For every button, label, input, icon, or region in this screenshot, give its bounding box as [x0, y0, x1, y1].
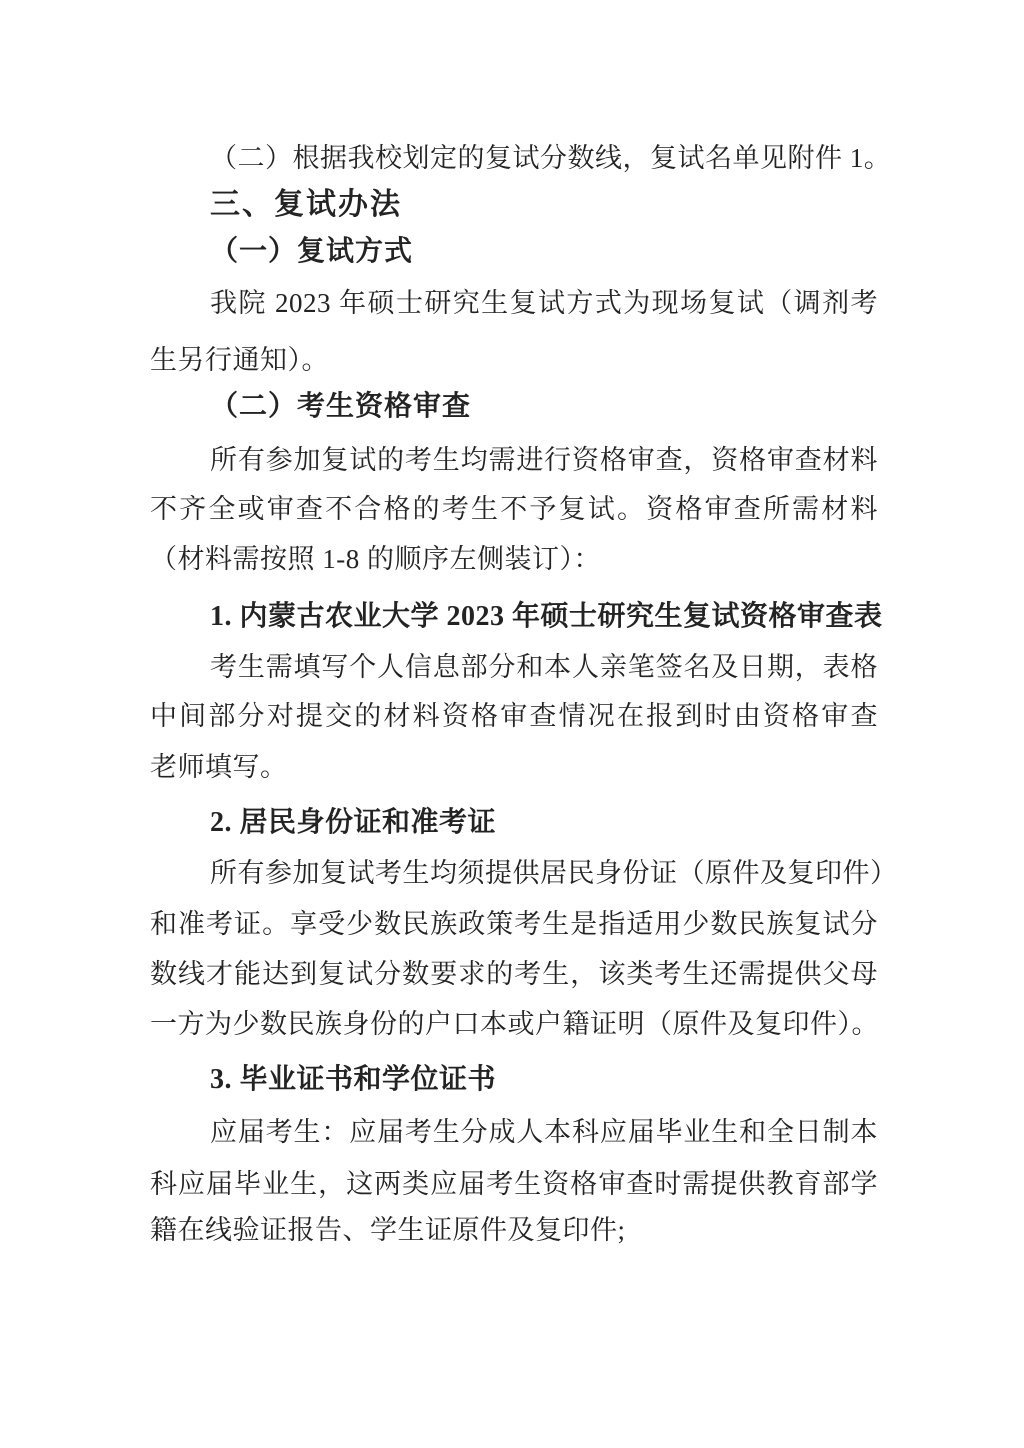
paragraph-line: 籍在线验证报告、学生证原件及复印件;	[150, 1204, 878, 1256]
paragraph-line: 所有参加复试考生均须提供居民身份证（原件及复印件）	[150, 847, 878, 899]
paragraph-line: 所有参加复试的考生均需进行资格审查，资格审查材料	[150, 434, 878, 486]
document-page: （二）根据我校划定的复试分数线，复试名单见附件 1。 三、复试办法 （一）复试方…	[0, 0, 1024, 1448]
paragraph-line: 我院 2023 年硕士研究生复试方式为现场复试（调剂考	[150, 277, 878, 329]
paragraph-line: （材料需按照 1-8 的顺序左侧装订）：	[150, 533, 878, 585]
item-heading: 2. 居民身份证和准考证	[150, 797, 878, 849]
paragraph-line: 一方为少数民族身份的户口本或户籍证明（原件及复印件）。	[150, 998, 878, 1050]
paragraph-line: 应届考生：应届考生分成人本科应届毕业生和全日制本	[150, 1106, 878, 1158]
paragraph-line: （二）根据我校划定的复试分数线，复试名单见附件 1。	[150, 132, 878, 184]
paragraph-line: 中间部分对提交的材料资格审查情况在报到时由资格审查	[150, 690, 878, 742]
paragraph-line: 老师填写。	[150, 741, 878, 793]
paragraph-line: 生另行通知）。	[150, 334, 878, 386]
subsection-heading: （一）复试方式	[150, 226, 878, 278]
subsection-heading: （二）考生资格审查	[150, 381, 878, 433]
item-heading: 1. 内蒙古农业大学 2023 年硕士研究生复试资格审查表	[150, 591, 878, 643]
item-heading: 3. 毕业证书和学位证书	[150, 1054, 878, 1106]
paragraph-line: 考生需填写个人信息部分和本人亲笔签名及日期，表格	[150, 641, 878, 693]
paragraph-line: 数线才能达到复试分数要求的考生，该类考生还需提供父母	[150, 948, 878, 1000]
paragraph-line: 不齐全或审查不合格的考生不予复试。资格审查所需材料	[150, 483, 878, 535]
paragraph-line: 科应届毕业生，这两类应届考生资格审查时需提供教育部学	[150, 1158, 878, 1210]
paragraph-line: 和准考证。享受少数民族政策考生是指适用少数民族复试分	[150, 898, 878, 950]
section-heading: 三、复试办法	[150, 179, 878, 231]
